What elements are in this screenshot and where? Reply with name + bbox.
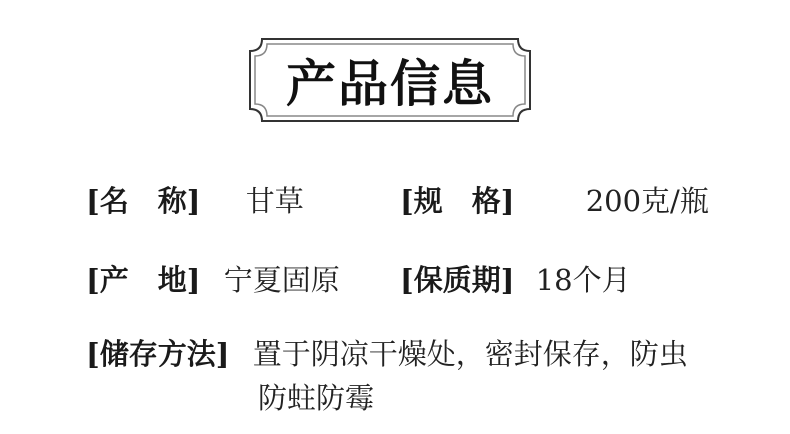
- field-shelf-life: [保质期] 18个月: [400, 262, 631, 298]
- field-storage: [储存方法] 置于阴凉干燥处，密封保存，防虫: [86, 336, 688, 372]
- page-title: 产品信息: [248, 37, 532, 123]
- field-label: [保质期]: [400, 263, 514, 297]
- field-label: [产 地]: [86, 263, 200, 297]
- field-value: 18个月: [536, 263, 631, 297]
- field-spec: [规 格] 200克/瓶: [400, 183, 709, 219]
- field-value: 防蛀防霉: [258, 381, 374, 415]
- field-value: 200克/瓶: [586, 184, 709, 218]
- field-origin: [产 地] 宁夏固原: [86, 262, 340, 298]
- field-label: [储存方法]: [86, 337, 229, 371]
- field-name: [名 称] 甘草: [86, 183, 304, 219]
- field-value: 宁夏固原: [224, 263, 340, 297]
- field-value: 甘草: [246, 184, 304, 218]
- field-value: 置于阴凉干燥处，密封保存，防虫: [253, 337, 688, 371]
- field-label: [规 格]: [400, 184, 514, 218]
- title-frame: 产品信息: [248, 37, 532, 123]
- field-storage-continued: 防蛀防霉: [258, 380, 374, 416]
- field-label: [名 称]: [86, 184, 200, 218]
